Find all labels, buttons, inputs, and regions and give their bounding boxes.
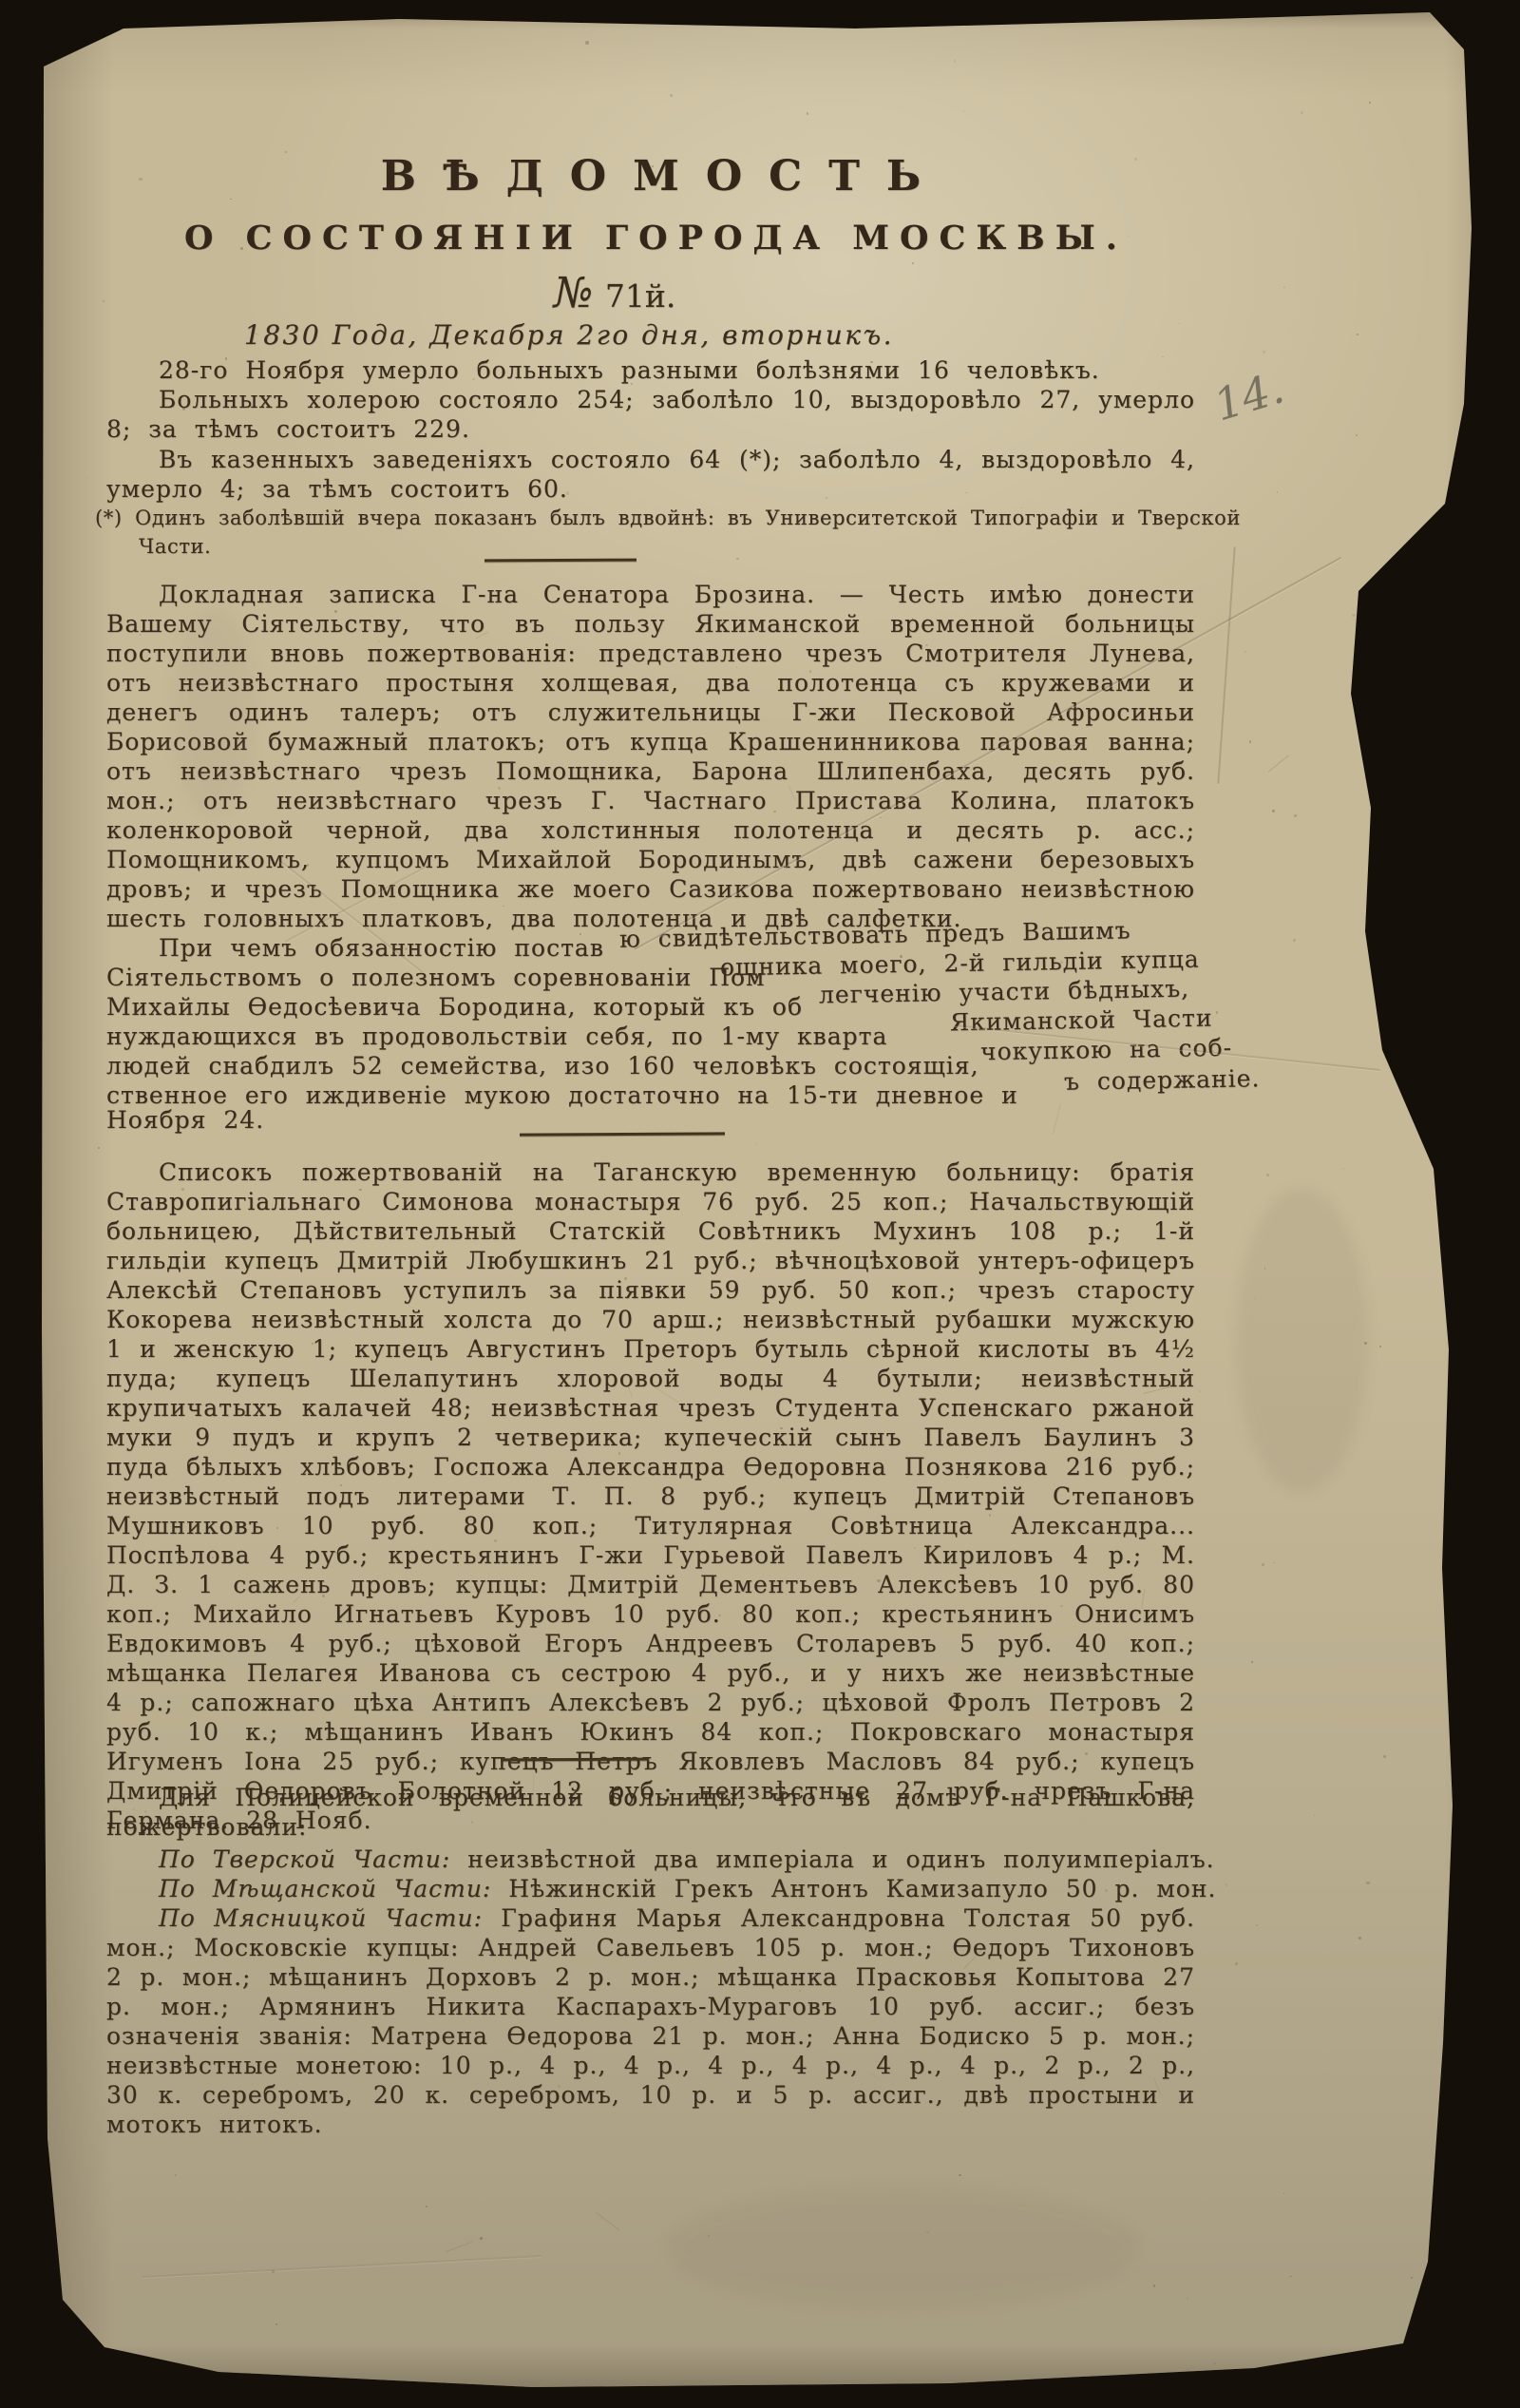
- torn-line-left: ственное его иждивеніе мукою достаточно …: [106, 1081, 1018, 1109]
- paper-stain: [1235, 1188, 1368, 1492]
- pashkov-intro-paragraph: Для Полицейской временной больницы, что …: [106, 1783, 1195, 1842]
- report-date-signed: Ноября 24.: [106, 1106, 264, 1134]
- page-subtitle: О СОСТОЯНІИ ГОРОДА МОСКВЫ.: [106, 219, 1195, 258]
- deaths-paragraph: 28-го Ноября умерло больныхъ разными бол…: [106, 355, 1195, 385]
- torn-line-left: людей снабдилъ 52 семейства, изо 160 чел…: [106, 1052, 979, 1080]
- page-title: ВѢДОМОСТЬ: [106, 152, 1195, 201]
- torn-line-left: Михайлы Ѳедосѣевича Бородина, который къ…: [106, 993, 803, 1021]
- tear-crease: [1217, 546, 1235, 784]
- torn-line-right: Якиманской Части: [950, 1004, 1213, 1037]
- myasnitskaya-text: Графиня Марья Александровна Толстая 50 р…: [106, 1904, 1195, 2138]
- meshchanskaya-label: По Мѣщанской Части:: [159, 1875, 491, 1902]
- torn-line-right: легченію участи бѣдныхъ,: [819, 975, 1190, 1009]
- tverskaya-text: неизвѣстной два имперіала и одинъ полуим…: [467, 1845, 1214, 1873]
- state-institutions-paragraph: Въ казенныхъ заведеніяхъ состояло 64 (*)…: [106, 445, 1195, 504]
- issue-number: № 71й.: [70, 269, 1159, 317]
- fold-crease: [142, 2255, 541, 2278]
- myasnitskaya-label: По Мясницкой Части:: [159, 1904, 483, 1932]
- dateline: 1830 Года, Декабря 2го дня, вторникъ.: [25, 319, 1113, 351]
- scanned-document: ВѢДОМОСТЬ О СОСТОЯНІИ ГОРОДА МОСКВЫ. № 7…: [0, 0, 1520, 2408]
- footnote: (*) Одинъ заболѣвшій вчера показанъ былъ…: [95, 504, 1241, 561]
- tverskaya-line: По Тверской Части: неизвѣстной два импер…: [106, 1844, 1195, 1874]
- meshchanskaya-text: Нѣжинскій Грекъ Антонъ Камизапуло 50 р. …: [508, 1875, 1216, 1902]
- issue-number-value: 71й.: [605, 277, 675, 315]
- bulletin-page: ВѢДОМОСТЬ О СОСТОЯНІИ ГОРОДА МОСКВЫ. № 7…: [0, 0, 1520, 2408]
- paper-stain: [665, 2186, 1140, 2309]
- numero-sign-icon: №: [554, 269, 596, 317]
- cholera-paragraph: Больныхъ холерою состояло 254; заболѣло …: [106, 385, 1195, 444]
- tverskaya-label: По Тверской Части:: [159, 1845, 450, 1873]
- paper-stain: [171, 608, 256, 817]
- section-divider-1: [484, 559, 636, 563]
- pencil-page-number: 14.: [1208, 361, 1290, 430]
- brozin-report-paragraph: Докладная записка Г-на Сенатора Брозина.…: [106, 580, 1195, 933]
- taganka-donations-paragraph: Списокъ пожертвованій на Таганскую време…: [106, 1157, 1195, 1835]
- meshchanskaya-line: По Мѣщанской Части: Нѣжинскій Грекъ Анто…: [106, 1874, 1195, 1903]
- torn-line-left: нуждающихся въ продовольствіи себя, по 1…: [106, 1022, 887, 1050]
- torn-line-left: Сіятельствомъ о полезномъ соревнованіи П…: [106, 964, 766, 991]
- section-divider-2: [520, 1132, 725, 1136]
- torn-line-right: ъ содержаніе.: [1064, 1064, 1261, 1096]
- myasnitskaya-paragraph: По Мясницкой Части: Графиня Марья Алекса…: [106, 1903, 1195, 2139]
